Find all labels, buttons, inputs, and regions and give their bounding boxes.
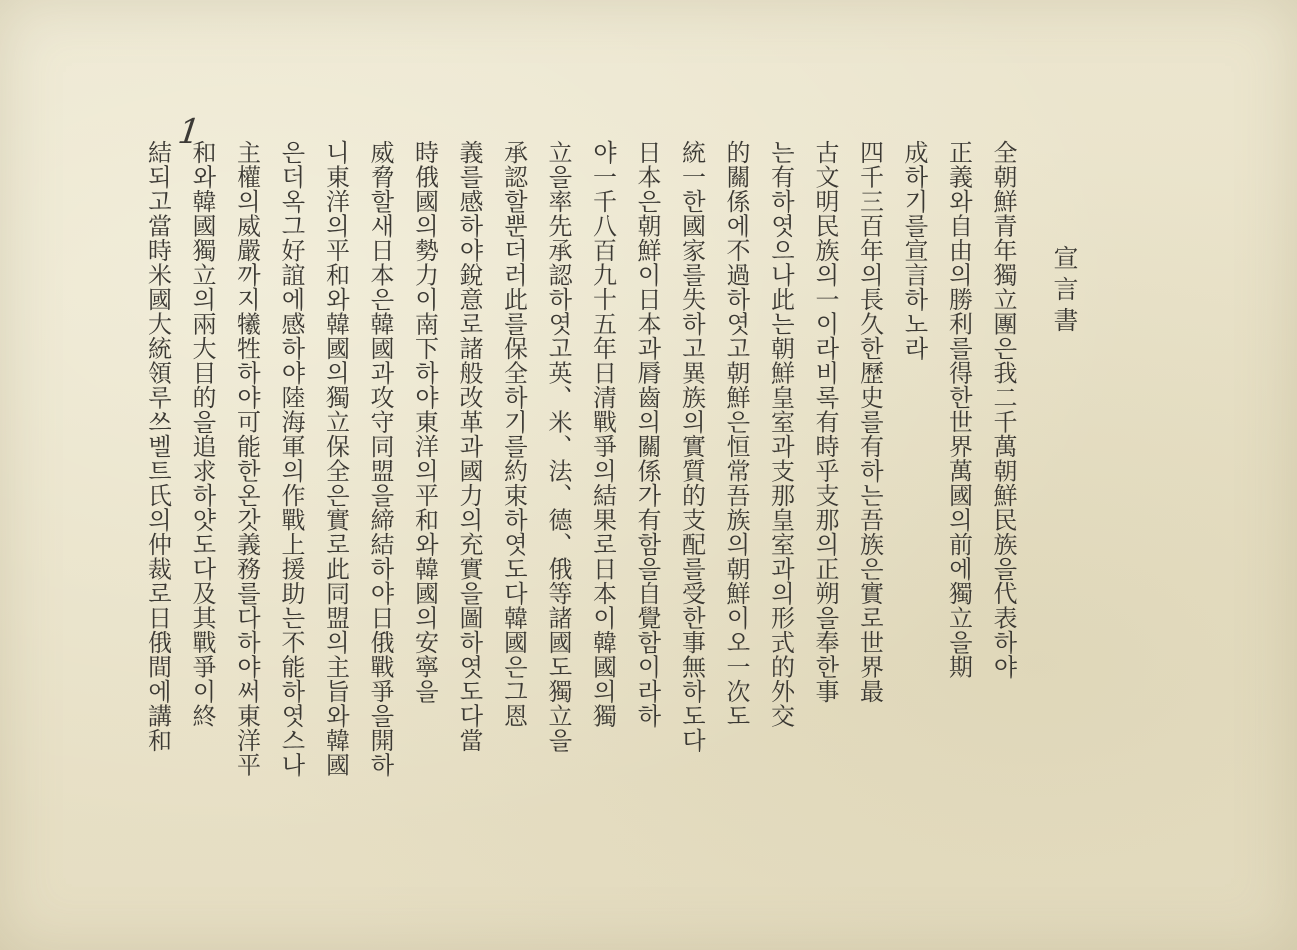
- text-column-19: 和와韓國獨立의兩大目的을追求하얏도다及其戰爭이終: [180, 140, 225, 900]
- text-column-3: 成하기를宣言하노라: [892, 140, 937, 900]
- document-title: 宣言書: [1043, 245, 1085, 900]
- text-column-15: 威脅할새日本은韓國과攻守同盟을締結하야日俄戰爭을開하: [358, 140, 403, 900]
- text-column-7: 的關係에不過하엿고朝鮮은恒常吾族의朝鮮이오一次도: [714, 140, 759, 900]
- text-column-11: 立을率先承認하엿고英、米、法、德、俄等諸國도獨立을: [536, 140, 581, 900]
- text-column-4: 四千三百年의長久한歷史를有하는吾族은實로世界最: [847, 140, 892, 900]
- text-column-5: 古文明民族의一이라비록有時乎支那의正朔을奉한事: [803, 140, 848, 900]
- text-column-18: 主權의威嚴까지犧牲하야可能한온갓義務를다하야써東洋平: [224, 140, 269, 900]
- text-column-10: 야一千八百九十五年日清戰爭의結果로日本이韓國의獨: [580, 140, 625, 900]
- declaration-text-block: 宣言書 全朝鮮青年獨立團은我二千萬朝鮮民族을代表하야 正義와自由의勝利를得한世界…: [135, 140, 1085, 900]
- text-column-9: 日本은朝鮮이日本과脣齒의關係가有함을自覺함이라하: [625, 140, 670, 900]
- text-column-6: 는有하엿으나此는朝鮮皇室과支那皇室과의形式的外交: [758, 140, 803, 900]
- text-column-1: 全朝鮮青年獨立團은我二千萬朝鮮民族을代表하야: [981, 140, 1026, 900]
- text-column-12: 承認할뿐더러此를保全하기를約束하엿도다韓國은그恩: [491, 140, 536, 900]
- text-column-16: 니東洋의平和와韓國의獨立保全은實로此同盟의主旨와韓國: [313, 140, 358, 900]
- text-column-14: 時俄國의勢力이南下하야東洋의平和와韓國의安寧을: [402, 140, 447, 900]
- document-paper: 1 宣言書 全朝鮮青年獨立團은我二千萬朝鮮民族을代表하야 正義와自由의勝利를得한…: [0, 0, 1297, 950]
- text-column-17: 은더옥그好誼에感하야陸海軍의作戰上援助는不能하엿스나: [269, 140, 314, 900]
- text-column-13: 義를感하야銳意로諸般改革과國力의充實을圖하엿도다當: [447, 140, 492, 900]
- text-column-8: 統一한國家를失하고異族의實質的支配를受한事無하도다: [669, 140, 714, 900]
- text-column-20: 結되고當時米國大統領루쓰벨트氏의仲裁로日俄間에講和: [135, 140, 180, 900]
- text-column-2: 正義와自由의勝利를得한世界萬國의前에獨立을期: [936, 140, 981, 900]
